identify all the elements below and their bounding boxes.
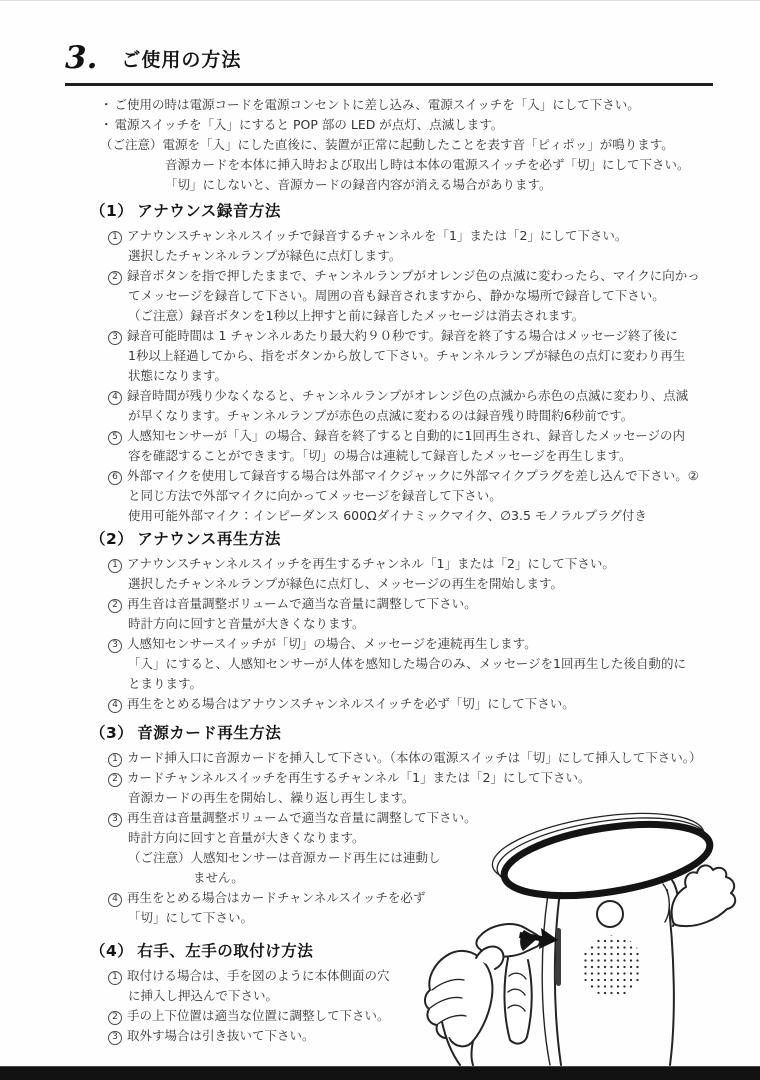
hand-attachment-illustration: [420, 808, 760, 1066]
line-text: （ご注意）電源を「入」にした直後に、装置が正常に起動したことを表す音「ピィポッ」…: [100, 137, 674, 152]
text-line: と同じ方法で外部マイクに向かってメッセージを録音して下さい。: [108, 486, 700, 506]
speaker-grille: [581, 935, 643, 997]
section-heading: （4）右手、左手の取付け方法: [90, 940, 390, 962]
text-line: が早くなります。チャンネルランプが赤色の点滅に変わるのは録音残り時間約6秒前です…: [108, 406, 700, 426]
section-announce-record: （1）アナウンス録音方法 1アナウンスチャンネルスイッチで録音するチャンネルを「…: [90, 200, 700, 526]
text-line: 選択したチャンネルランプが緑色に点灯し、メッセージの再生を開始します。: [108, 574, 686, 594]
section-heading: （1）アナウンス録音方法: [90, 200, 700, 222]
section-heading-number: （2）: [90, 530, 133, 548]
section-items: 1アナウンスチャンネルスイッチで録音するチャンネルを「1」または「2」にして下さ…: [90, 226, 700, 526]
line-text: ません。: [193, 870, 244, 885]
text-line: 1アナウンスチャンネルスイッチで録音するチャンネルを「1」または「2」にして下さ…: [108, 226, 700, 246]
body-left-echo: [542, 894, 550, 1065]
circled-number: 2: [108, 773, 122, 787]
sensor-circle: [597, 901, 623, 927]
line-text: 選択したチャンネルランプが緑色に点灯し、メッセージの再生を開始します。: [128, 576, 563, 591]
scan-bottom-bar: [0, 1066, 760, 1080]
line-text: （ご注意）人感知センサーは音源カード再生には連動し: [128, 850, 441, 865]
line-text: 再生をとめる場合はアナウンスチャンネルスイッチを必ず「切」にして下さい。: [127, 696, 575, 711]
circled-number: 1: [108, 559, 122, 573]
line-text: 録音ボタンを指で押したままで、チャンネルランプがオレンジ色の点滅に変わったら、マ…: [127, 268, 700, 283]
line-text: 再生をとめる場合はカードチャンネルスイッチを必ず: [127, 890, 425, 905]
line-text: アナウンスチャンネルスイッチで録音するチャンネルを「1」または「2」にして下さい…: [127, 228, 627, 243]
text-line: 状態になります。: [108, 366, 700, 386]
line-text: 取外す場合は引き抜いて下さい。: [127, 1028, 315, 1043]
circled-number: 3: [108, 813, 122, 827]
section-announce-play: （2）アナウンス再生方法 1アナウンスチャンネルスイッチを再生するチャンネル「1…: [90, 528, 686, 714]
section-heading-title: 音源カード再生方法: [137, 724, 281, 742]
text-line: 3人感知センサースイッチが「切」の場合、メッセージを連続再生します。: [108, 634, 686, 654]
page-title: ご使用の方法: [121, 49, 241, 71]
line-text: 「切」にしないと、音源カードの録音内容が消える場合があります。: [165, 177, 552, 192]
line-text: 「切」にして下さい。: [128, 910, 253, 925]
text-line: 3取外す場合は引き抜いて下さい。: [108, 1026, 390, 1046]
text-line: 「入」にすると、人感知センサーが人体を感知した場合のみ、メッセージを1回再生した…: [108, 654, 686, 674]
text-line: （ご注意）録音ボタンを1秒以上押すと前に録音したメッセージは消去されます。: [108, 306, 700, 326]
text-line: 「切」にしないと、音源カードの録音内容が消える場合があります。: [100, 175, 690, 195]
human-hand: [425, 947, 503, 1065]
text-line: 容を確認することができます。「切」の場合は連続して録音したメッセージを再生します…: [108, 446, 700, 466]
line-text: 録音時間が残り少なくなると、チャンネルランプがオレンジ色の点滅から赤色の点滅に変…: [127, 388, 688, 403]
bullet: ・: [100, 117, 113, 132]
line-text: 音源カードを本体に挿入時および取出し時は本体の電源スイッチを必ず「切」にして下さ…: [165, 157, 690, 172]
page-title-block: 3.ご使用の方法: [65, 40, 713, 86]
circled-number: 5: [108, 431, 122, 445]
text-line: 時計方向に回すと音量が大きくなります。: [108, 614, 686, 634]
line-text: 人感知センサースイッチが「切」の場合、メッセージを連続再生します。: [127, 636, 537, 651]
circled-number: 2: [108, 271, 122, 285]
text-line: 2録音ボタンを指で押したままで、チャンネルランプがオレンジ色の点滅に変わったら、…: [108, 266, 700, 286]
text-line: 4再生をとめる場合はアナウンスチャンネルスイッチを必ず「切」にして下さい。: [108, 694, 686, 714]
circled-number: 4: [108, 893, 122, 907]
line-text: ご使用の時は電源コードを電源コンセントに差し込み、電源スイッチを「入」にして下さ…: [115, 97, 640, 112]
text-line: 5人感知センサーが「入」の場合、録音を終了すると自動的に1回再生され、録音したメ…: [108, 426, 700, 446]
section-heading: （3）音源カード再生方法: [90, 722, 702, 744]
section-hand-attach: （4）右手、左手の取付け方法 1取付ける場合は、手を図のように本体側面の穴 に挿…: [90, 940, 390, 1046]
text-line: 音源カードを本体に挿入時および取出し時は本体の電源スイッチを必ず「切」にして下さ…: [100, 155, 690, 175]
bullet: ・: [100, 97, 113, 112]
line-text: てメッセージを録音して下さい。周囲の音も録音されますから、静かな場所で録音して下…: [128, 288, 665, 303]
line-text: 手の上下位置は適当な位置に調整して下さい。: [127, 1008, 390, 1023]
text-line: 2カードチャンネルスイッチを再生するチャンネル「1」または「2」にして下さい。: [108, 768, 702, 788]
text-line: （ご注意）電源を「入」にした直後に、装置が正常に起動したことを表す音「ピィポッ」…: [100, 135, 690, 155]
section-items: 1取付ける場合は、手を図のように本体側面の穴 に挿入し押込んで下さい。 2手の上…: [90, 966, 390, 1046]
line-text: 使用可能外部マイク：インピーダンス 600Ωダイナミックマイク、∅3.5 モノラ…: [128, 508, 647, 523]
line-text: 「入」にすると、人感知センサーが人体を感知した場合のみ、メッセージを1回再生した…: [128, 656, 686, 671]
line-text: と同じ方法で外部マイクに向かってメッセージを録音して下さい。: [128, 488, 502, 503]
line-text: カードチャンネルスイッチを再生するチャンネル「1」または「2」にして下さい。: [127, 770, 591, 785]
line-text: 選択したチャンネルランプが緑色に点灯します。: [128, 248, 401, 263]
circled-number: 6: [108, 471, 122, 485]
line-text: 再生音は音量調整ボリュームで適当な音量に調整して下さい。: [127, 596, 477, 611]
circled-number: 1: [108, 231, 122, 245]
line-text: アナウンスチャンネルスイッチを再生するチャンネル「1」または「2」にして下さい。: [127, 556, 615, 571]
circled-number: 1: [108, 753, 122, 767]
text-line: 1アナウンスチャンネルスイッチを再生するチャンネル「1」または「2」にして下さい…: [108, 554, 686, 574]
text-line: 音源カードの再生を開始し、繰り返し再生します。: [108, 788, 702, 808]
circled-number: 3: [108, 639, 122, 653]
section-heading-number: （1）: [90, 202, 133, 220]
text-line: 2再生音は音量調整ボリュームで適当な音量に調整して下さい。: [108, 594, 686, 614]
circled-number: 4: [108, 699, 122, 713]
scan-top-edge: [0, 0, 760, 1]
line-text: 録音可能時間は 1 チャンネルあたり最大約９０秒です。録音を終了する場合はメッセ…: [127, 328, 678, 343]
circled-number: 3: [108, 331, 122, 345]
text-line: とまります。: [108, 674, 686, 694]
line-text: 音源カードの再生を開始し、繰り返し再生します。: [128, 790, 415, 805]
section-number: 3.: [65, 40, 97, 76]
side-slot: [556, 928, 561, 986]
text-line: 1取付ける場合は、手を図のように本体側面の穴: [108, 966, 390, 986]
text-line: ・ご使用の時は電源コードを電源コンセントに差し込み、電源スイッチを「入」にして下…: [100, 95, 690, 115]
text-line: に挿入し押込んで下さい。: [108, 986, 390, 1006]
line-text: が早くなります。チャンネルランプが赤色の点滅に変わるのは録音残り時間約6秒前です…: [128, 408, 633, 423]
section-heading-title: アナウンス再生方法: [137, 530, 281, 548]
text-line: 1カード挿入口に音源カードを挿入して下さい。（本体の電源スイッチは「切」にして挿…: [108, 748, 702, 768]
line-text: 外部マイクを使用して録音する場合は外部マイクジャックに外部マイクプラグを差し込ん…: [127, 468, 699, 483]
circled-number: 3: [108, 1031, 122, 1045]
line-text: 状態になります。: [128, 368, 227, 383]
intro-block: ・ご使用の時は電源コードを電源コンセントに差し込み、電源スイッチを「入」にして下…: [100, 95, 690, 195]
line-text: カード挿入口に音源カードを挿入して下さい。（本体の電源スイッチは「切」にして挿入…: [127, 750, 702, 765]
line-text: 取付ける場合は、手を図のように本体側面の穴: [127, 968, 390, 983]
text-line: 6外部マイクを使用して録音する場合は外部マイクジャックに外部マイクプラグを差し込…: [108, 466, 700, 486]
line-text: とまります。: [128, 676, 202, 691]
line-text: 1秒以上経過してから、指をボタンから放して下さい。チャンネルランプが緑色の点灯に…: [128, 348, 685, 363]
text-line: 1秒以上経過してから、指をボタンから放して下さい。チャンネルランプが緑色の点灯に…: [108, 346, 700, 366]
text-line: 4録音時間が残り少なくなると、チャンネルランプがオレンジ色の点滅から赤色の点滅に…: [108, 386, 700, 406]
section-heading: （2）アナウンス再生方法: [90, 528, 686, 550]
circled-number: 4: [108, 391, 122, 405]
manual-page: 3.ご使用の方法 ・ご使用の時は電源コードを電源コンセントに差し込み、電源スイッ…: [0, 0, 760, 1080]
line-text: 時計方向に回すと音量が大きくなります。: [128, 616, 365, 631]
line-text: 容を確認することができます。「切」の場合は連続して録音したメッセージを再生します…: [128, 448, 632, 463]
text-line: ・電源スイッチを「入」にすると POP 部の LED が点灯、点滅します。: [100, 115, 690, 135]
circled-number: 2: [108, 1011, 122, 1025]
circled-number: 1: [108, 971, 122, 985]
line-text: （ご注意）録音ボタンを1秒以上押すと前に録音したメッセージは消去されます。: [128, 308, 584, 323]
circled-number: 2: [108, 599, 122, 613]
text-line: てメッセージを録音して下さい。周囲の音も録音されますから、静かな場所で録音して下…: [108, 286, 700, 306]
section-heading-number: （3）: [90, 724, 133, 742]
text-line: 使用可能外部マイク：インピーダンス 600Ωダイナミックマイク、∅3.5 モノラ…: [108, 506, 700, 526]
text-line: 選択したチャンネルランプが緑色に点灯します。: [108, 246, 700, 266]
section-heading-title: 右手、左手の取付け方法: [137, 942, 313, 960]
section-heading-title: アナウンス録音方法: [137, 202, 281, 220]
line-text: 電源スイッチを「入」にすると POP 部の LED が点灯、点滅します。: [115, 117, 504, 132]
line-text: 人感知センサーが「入」の場合、録音を終了すると自動的に1回再生され、録音したメッ…: [127, 428, 685, 443]
text-line: 2手の上下位置は適当な位置に調整して下さい。: [108, 1006, 390, 1026]
section-items: 1アナウンスチャンネルスイッチを再生するチャンネル「1」または「2」にして下さい…: [90, 554, 686, 714]
line-text: に挿入し押込んで下さい。: [128, 988, 278, 1003]
text-line: 3録音可能時間は 1 チャンネルあたり最大約９０秒です。録音を終了する場合はメッ…: [108, 326, 700, 346]
line-text: 時計方向に回すと音量が大きくなります。: [128, 830, 365, 845]
section-heading-number: （4）: [90, 942, 133, 960]
